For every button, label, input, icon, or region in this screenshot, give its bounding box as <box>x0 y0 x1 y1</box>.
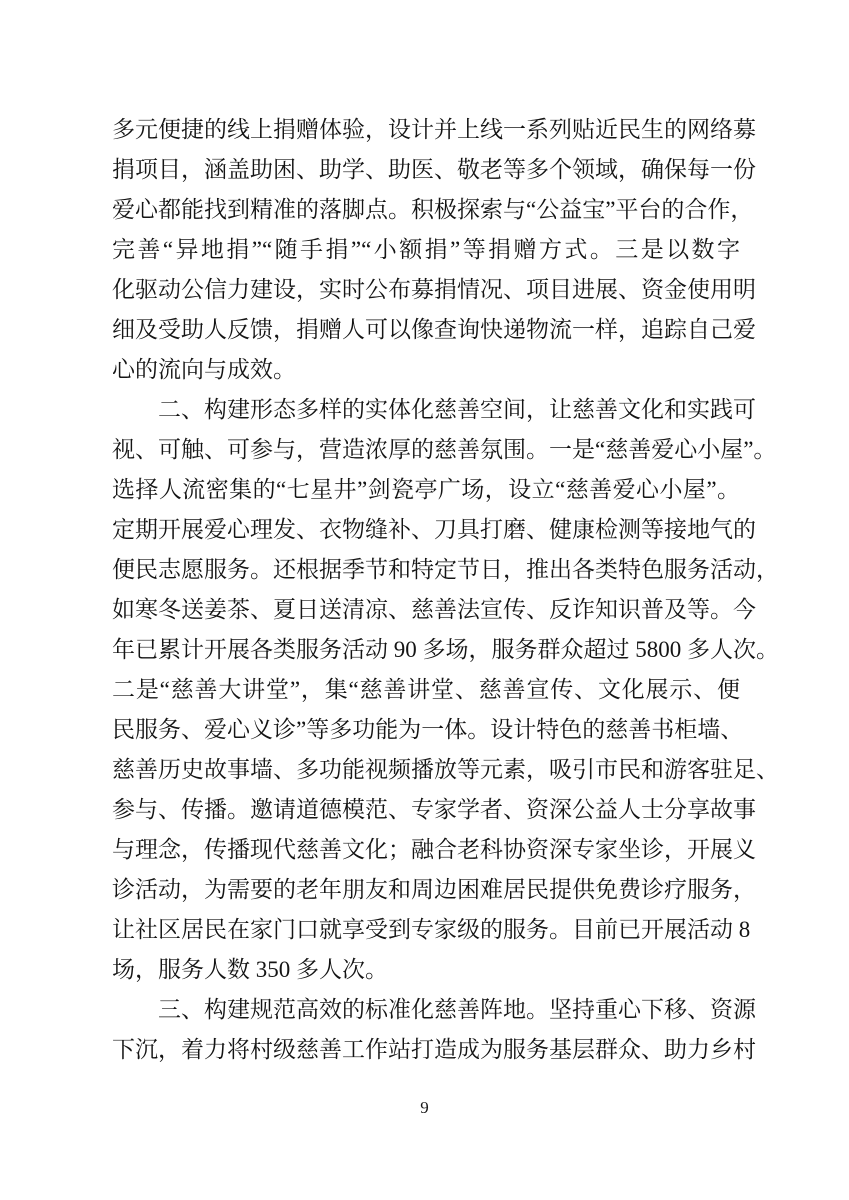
text-line: 年已累计开展各类服务活动 90 多场，服务群众超过 5800 多人次。 <box>112 630 740 670</box>
text-line: 二是“慈善大讲堂”，集“慈善讲堂、慈善宣传、文化展示、便 <box>112 670 740 710</box>
text-line: 完善“异地捐”“随手捐”“小额捐”等捐赠方式。三是以数字 <box>112 230 740 270</box>
text-line: 慈善历史故事墙、多功能视频播放等元素，吸引市民和游客驻足、 <box>112 750 740 790</box>
text-line: 视、可触、可参与，营造浓厚的慈善氛围。一是“慈善爱心小屋”。 <box>112 430 740 470</box>
text-line: 场，服务人数 350 多人次。 <box>112 950 740 990</box>
text-line: 定期开展爱心理发、衣物缝补、刀具打磨、健康检测等接地气的 <box>112 510 740 550</box>
text-line: 与理念，传播现代慈善文化；融合老科协资深专家坐诊，开展义 <box>112 830 740 870</box>
document-page: 多元便捷的线上捐赠体验，设计并上线一系列贴近民生的网络募捐项目，涵盖助困、助学、… <box>0 0 849 1200</box>
text-line: 细及受助人反馈，捐赠人可以像查询快递物流一样，追踪自己爱 <box>112 310 740 350</box>
text-line: 诊活动，为需要的老年朋友和周边困难居民提供免费诊疗服务， <box>112 870 740 910</box>
text-line: 多元便捷的线上捐赠体验，设计并上线一系列贴近民生的网络募 <box>112 110 740 150</box>
paragraph: 二、构建形态多样的实体化慈善空间，让慈善文化和实践可视、可触、可参与，营造浓厚的… <box>112 390 740 990</box>
page-number: 9 <box>0 1098 849 1118</box>
paragraph: 三、构建规范高效的标准化慈善阵地。坚持重心下移、资源下沉，着力将村级慈善工作站打… <box>112 990 740 1070</box>
text-line: 三、构建规范高效的标准化慈善阵地。坚持重心下移、资源 <box>112 990 740 1030</box>
text-line: 捐项目，涵盖助困、助学、助医、敬老等多个领域，确保每一份 <box>112 150 740 190</box>
text-line: 心的流向与成效。 <box>112 350 740 390</box>
text-line: 选择人流密集的“七星井”剑瓷亭广场，设立“慈善爱心小屋”。 <box>112 470 740 510</box>
text-line: 让社区居民在家门口就享受到专家级的服务。目前已开展活动 8 <box>112 910 740 950</box>
text-line: 如寒冬送姜茶、夏日送清凉、慈善法宣传、反诈知识普及等。今 <box>112 590 740 630</box>
text-line: 参与、传播。邀请道德模范、专家学者、资深公益人士分享故事 <box>112 790 740 830</box>
text-line: 爱心都能找到精准的落脚点。积极探索与“公益宝”平台的合作， <box>112 190 740 230</box>
text-line: 化驱动公信力建设，实时公布募捐情况、项目进展、资金使用明 <box>112 270 740 310</box>
text-line: 便民志愿服务。还根据季节和特定节日，推出各类特色服务活动， <box>112 550 740 590</box>
paragraph: 多元便捷的线上捐赠体验，设计并上线一系列贴近民生的网络募捐项目，涵盖助困、助学、… <box>112 110 740 390</box>
text-line: 下沉，着力将村级慈善工作站打造成为服务基层群众、助力乡村 <box>112 1030 740 1070</box>
text-line: 民服务、爱心义诊”等多功能为一体。设计特色的慈善书柜墙、 <box>112 710 740 750</box>
document-body: 多元便捷的线上捐赠体验，设计并上线一系列贴近民生的网络募捐项目，涵盖助困、助学、… <box>112 110 740 1070</box>
text-line: 二、构建形态多样的实体化慈善空间，让慈善文化和实践可 <box>112 390 740 430</box>
